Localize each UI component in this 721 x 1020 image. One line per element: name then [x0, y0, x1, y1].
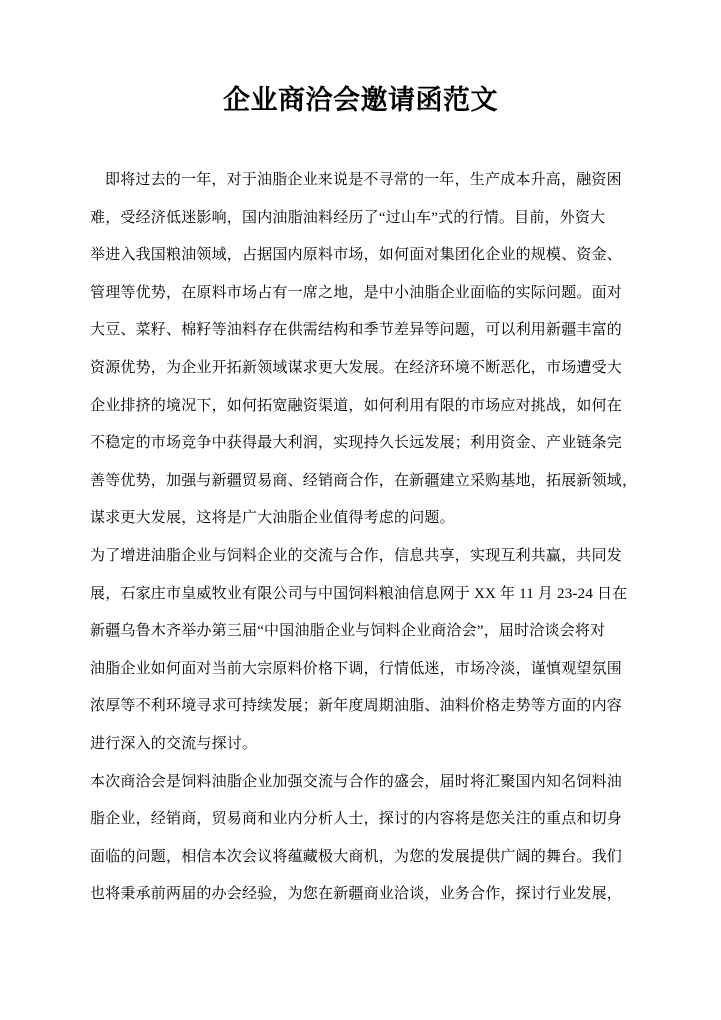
text-line: 举进入我国粮油领域，占据国内原料市场，如何面对集团化企业的规模、资金、 — [90, 237, 631, 275]
text-line: 企业排挤的境况下，如何拓宽融资渠道，如何利用有限的市场应对挑战，如何在 — [90, 388, 631, 426]
text-line: 脂企业，经销商，贸易商和业内分析人士，探讨的内容将是您关注的重点和切身 — [90, 801, 631, 839]
document-page: 企业商洽会邀请函范文 即将过去的一年，对于油脂企业来说是不寻常的一年，生产成本升… — [0, 0, 721, 1020]
text-line: 管理等优势，在原料市场占有一席之地，是中小油脂企业面临的实际问题。面对 — [90, 275, 631, 313]
text-line: 本次商洽会是饲料油脂企业加强交流与合作的盛会，届时将汇聚国内知名饲料油 — [90, 764, 631, 802]
text-line: 资源优势，为企业开拓新领域谋求更大发展。在经济环境不断恶化，市场遭受大 — [90, 350, 631, 388]
document-title: 企业商洽会邀请函范文 — [0, 83, 721, 117]
text-line: 也将秉承前两届的办会经验，为您在新疆商业洽谈，业务合作，探讨行业发展， — [90, 876, 631, 914]
text-line: 大豆、菜籽、棉籽等油料存在供需结构和季节差异等问题，可以利用新疆丰富的 — [90, 312, 631, 350]
text-line: 展，石家庄市皇威牧业有限公司与中国饲料粮油信息网于 XX 年 11 月 23-2… — [90, 576, 631, 614]
text-line: 油脂企业如何面对当前大宗原料价格下调，行情低迷，市场冷淡，谨慎观望氛围 — [90, 651, 631, 689]
text-line: 善等优势，加强与新疆贸易商、经销商合作，在新疆建立采购基地，拓展新领域， — [90, 463, 631, 501]
text-line: 面临的问题，相信本次会议将蕴藏极大商机，为您的发展提供广阔的舞台。我们 — [90, 839, 631, 877]
text-line: 即将过去的一年，对于油脂企业来说是不寻常的一年，生产成本升高，融资困 — [90, 162, 631, 200]
text-line: 新疆乌鲁木齐举办第三届“中国油脂企业与饲料企业商洽会”，届时洽谈会将对 — [90, 613, 631, 651]
text-line: 进行深入的交流与探讨。 — [90, 726, 631, 764]
text-line: 浓厚等不利环境寻求可持续发展；新年度周期油脂、油料价格走势等方面的内容 — [90, 688, 631, 726]
text-line: 谋求更大发展，这将是广大油脂企业值得考虑的问题。 — [90, 500, 631, 538]
text-line: 不稳定的市场竞争中获得最大利润，实现持久长远发展；利用资金、产业链条完 — [90, 425, 631, 463]
document-body: 即将过去的一年，对于油脂企业来说是不寻常的一年，生产成本升高，融资困难，受经济低… — [90, 162, 631, 914]
text-line: 为了增进油脂企业与饲料企业的交流与合作，信息共享，实现互利共赢，共同发 — [90, 538, 631, 576]
text-line: 难，受经济低迷影响，国内油脂油料经历了“过山车”式的行情。目前，外资大 — [90, 200, 631, 238]
